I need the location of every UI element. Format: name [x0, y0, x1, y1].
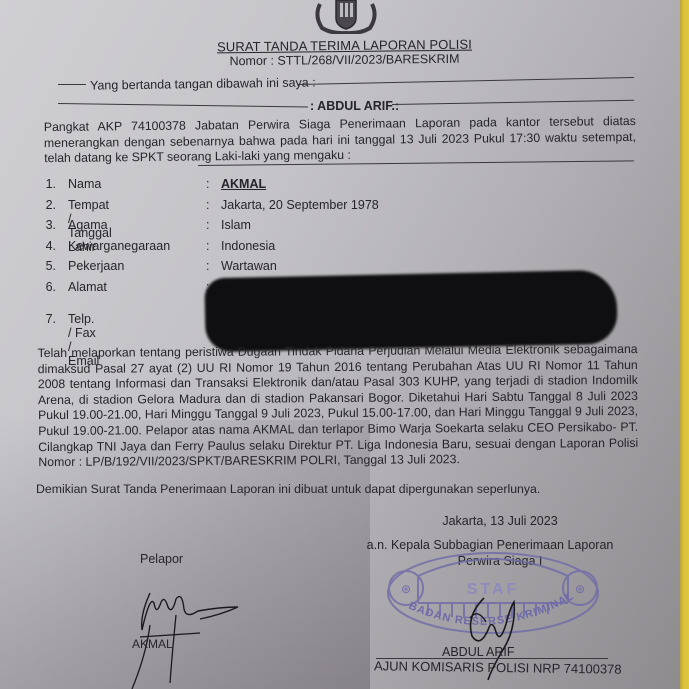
- svg-text:⊛: ⊛: [575, 582, 585, 596]
- officer-sign-name: ABDUL ARIF: [442, 645, 514, 659]
- officer-statement: Pangkat AKP 74100378 Jabatan Perwira Sia…: [44, 114, 636, 167]
- officer-name: : ABDUL ARIF.:: [310, 99, 399, 113]
- svg-text:⊛: ⊛: [401, 582, 411, 596]
- background-edge: [680, 0, 689, 689]
- police-emblem-icon: [312, 0, 380, 34]
- dash-line: [58, 84, 86, 85]
- closing-statement: Demikian Surat Tanda Penerimaan Laporan …: [36, 482, 636, 498]
- redaction-marker: [204, 270, 617, 353]
- reporter-label: Pelapor: [140, 552, 183, 566]
- reporter-sign-name: AKMAL: [132, 637, 173, 651]
- place-date: Jakarta, 13 Juli 2023: [400, 514, 600, 528]
- report-body: Telah melaporkan tentang peristiwa Dugaa…: [38, 342, 639, 471]
- reporter-name-value: AKMAL: [221, 177, 266, 191]
